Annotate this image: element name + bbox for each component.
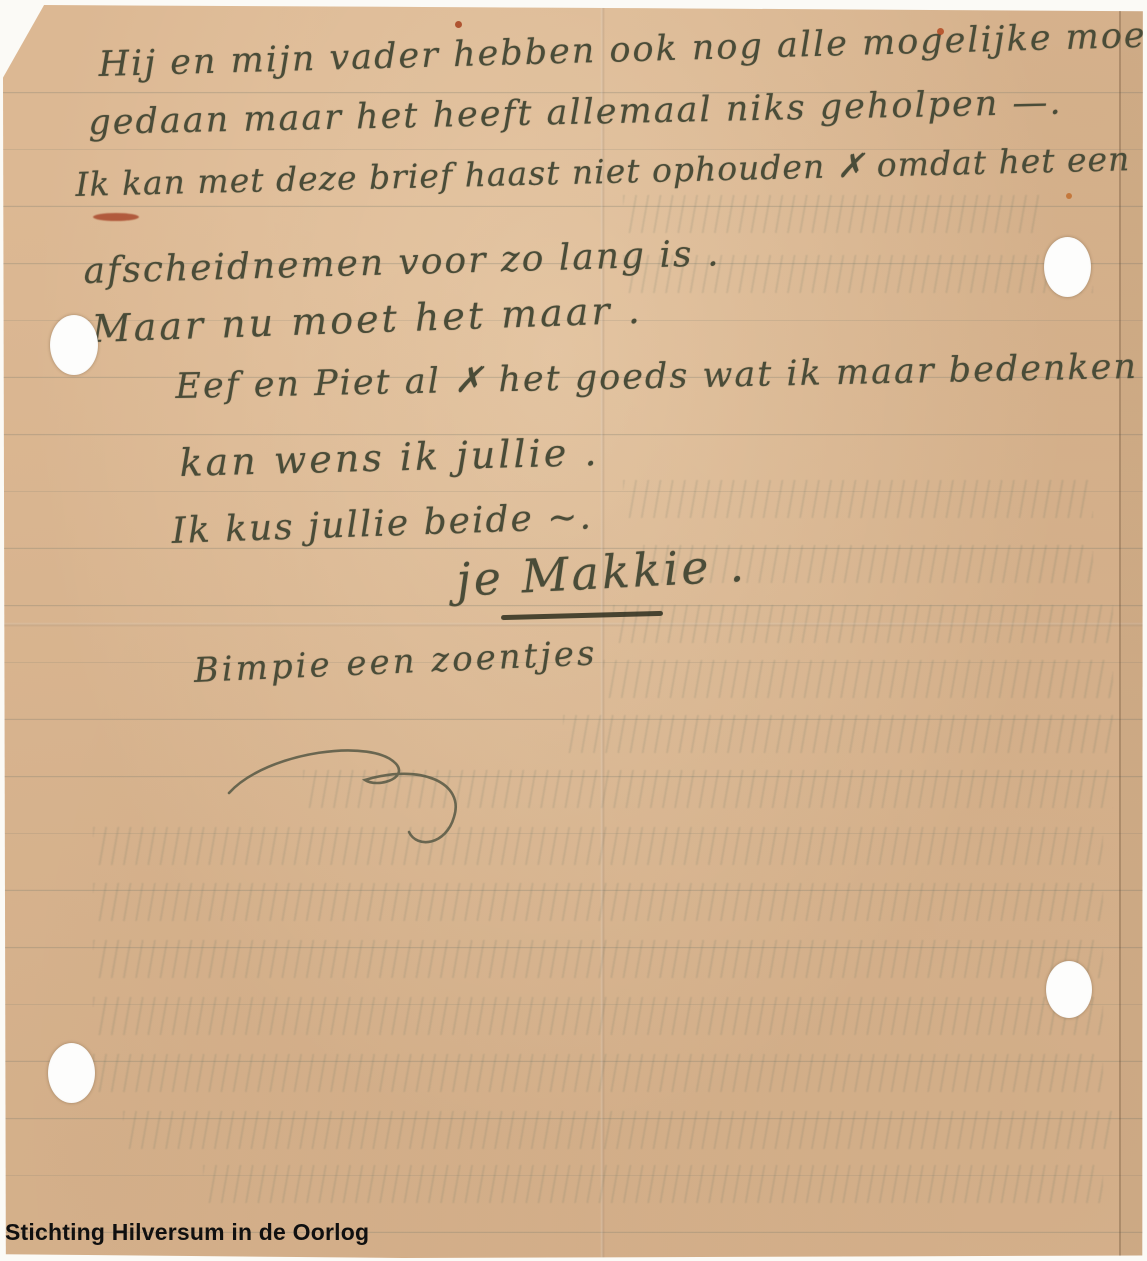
ink-stain [937, 28, 944, 35]
handwriting-line: Maar nu moet het maar . [91, 288, 643, 351]
handwriting-line: Bimpie een zoentjes [193, 633, 598, 691]
handwriting-line: afscheidnemen voor zo lang is . [83, 233, 721, 292]
punch-hole-bottom-right [1046, 961, 1092, 1018]
archive-caption: Stichting Hilversum in de Oorlog [5, 1219, 369, 1246]
bleed-through-band [563, 715, 1113, 753]
signature-underline [501, 611, 663, 620]
letter-page: Hij en mijn vader hebben ook nog alle mo… [3, 5, 1144, 1258]
vertical-fold-crease [601, 5, 604, 1258]
page-edge-seam [1119, 5, 1147, 1258]
bleed-through-band [623, 195, 1043, 233]
punch-hole-bottom-left [48, 1043, 95, 1103]
ink-stain [1066, 193, 1072, 199]
punch-hole-top-right [1044, 237, 1091, 297]
bleed-through-band [603, 660, 1113, 698]
handwriting-line: Eef en Piet al ✗ het goeds wat ik maar b… [175, 347, 1138, 407]
punch-hole-top-left [50, 315, 98, 375]
bleed-through-band [623, 480, 1093, 518]
bleed-through-band [93, 997, 1103, 1035]
ink-stain [93, 213, 139, 221]
bleed-through-band [93, 883, 1103, 921]
ink-stain [455, 21, 462, 28]
scanned-letter: { "letter": { "lines": [ {"text": "Hij e… [0, 0, 1147, 1261]
bleed-through-band [203, 1165, 1103, 1203]
horizontal-fold-crease [3, 623, 1144, 626]
bleed-through-band [123, 1111, 1113, 1149]
handwriting-line: gedaan maar het heeft allemaal niks geho… [88, 83, 1063, 143]
pen-flourish [225, 735, 495, 850]
signature-line: je Makkie . [455, 538, 748, 607]
handwriting-line: Hij en mijn vader hebben ook nog alle mo… [98, 14, 1147, 85]
handwriting-line: Ik kus jullie beide ~. [171, 496, 593, 552]
bleed-through-band [93, 940, 1103, 978]
bleed-through-band [93, 1054, 1103, 1092]
handwriting-line: kan wens ik jullie . [179, 430, 600, 485]
